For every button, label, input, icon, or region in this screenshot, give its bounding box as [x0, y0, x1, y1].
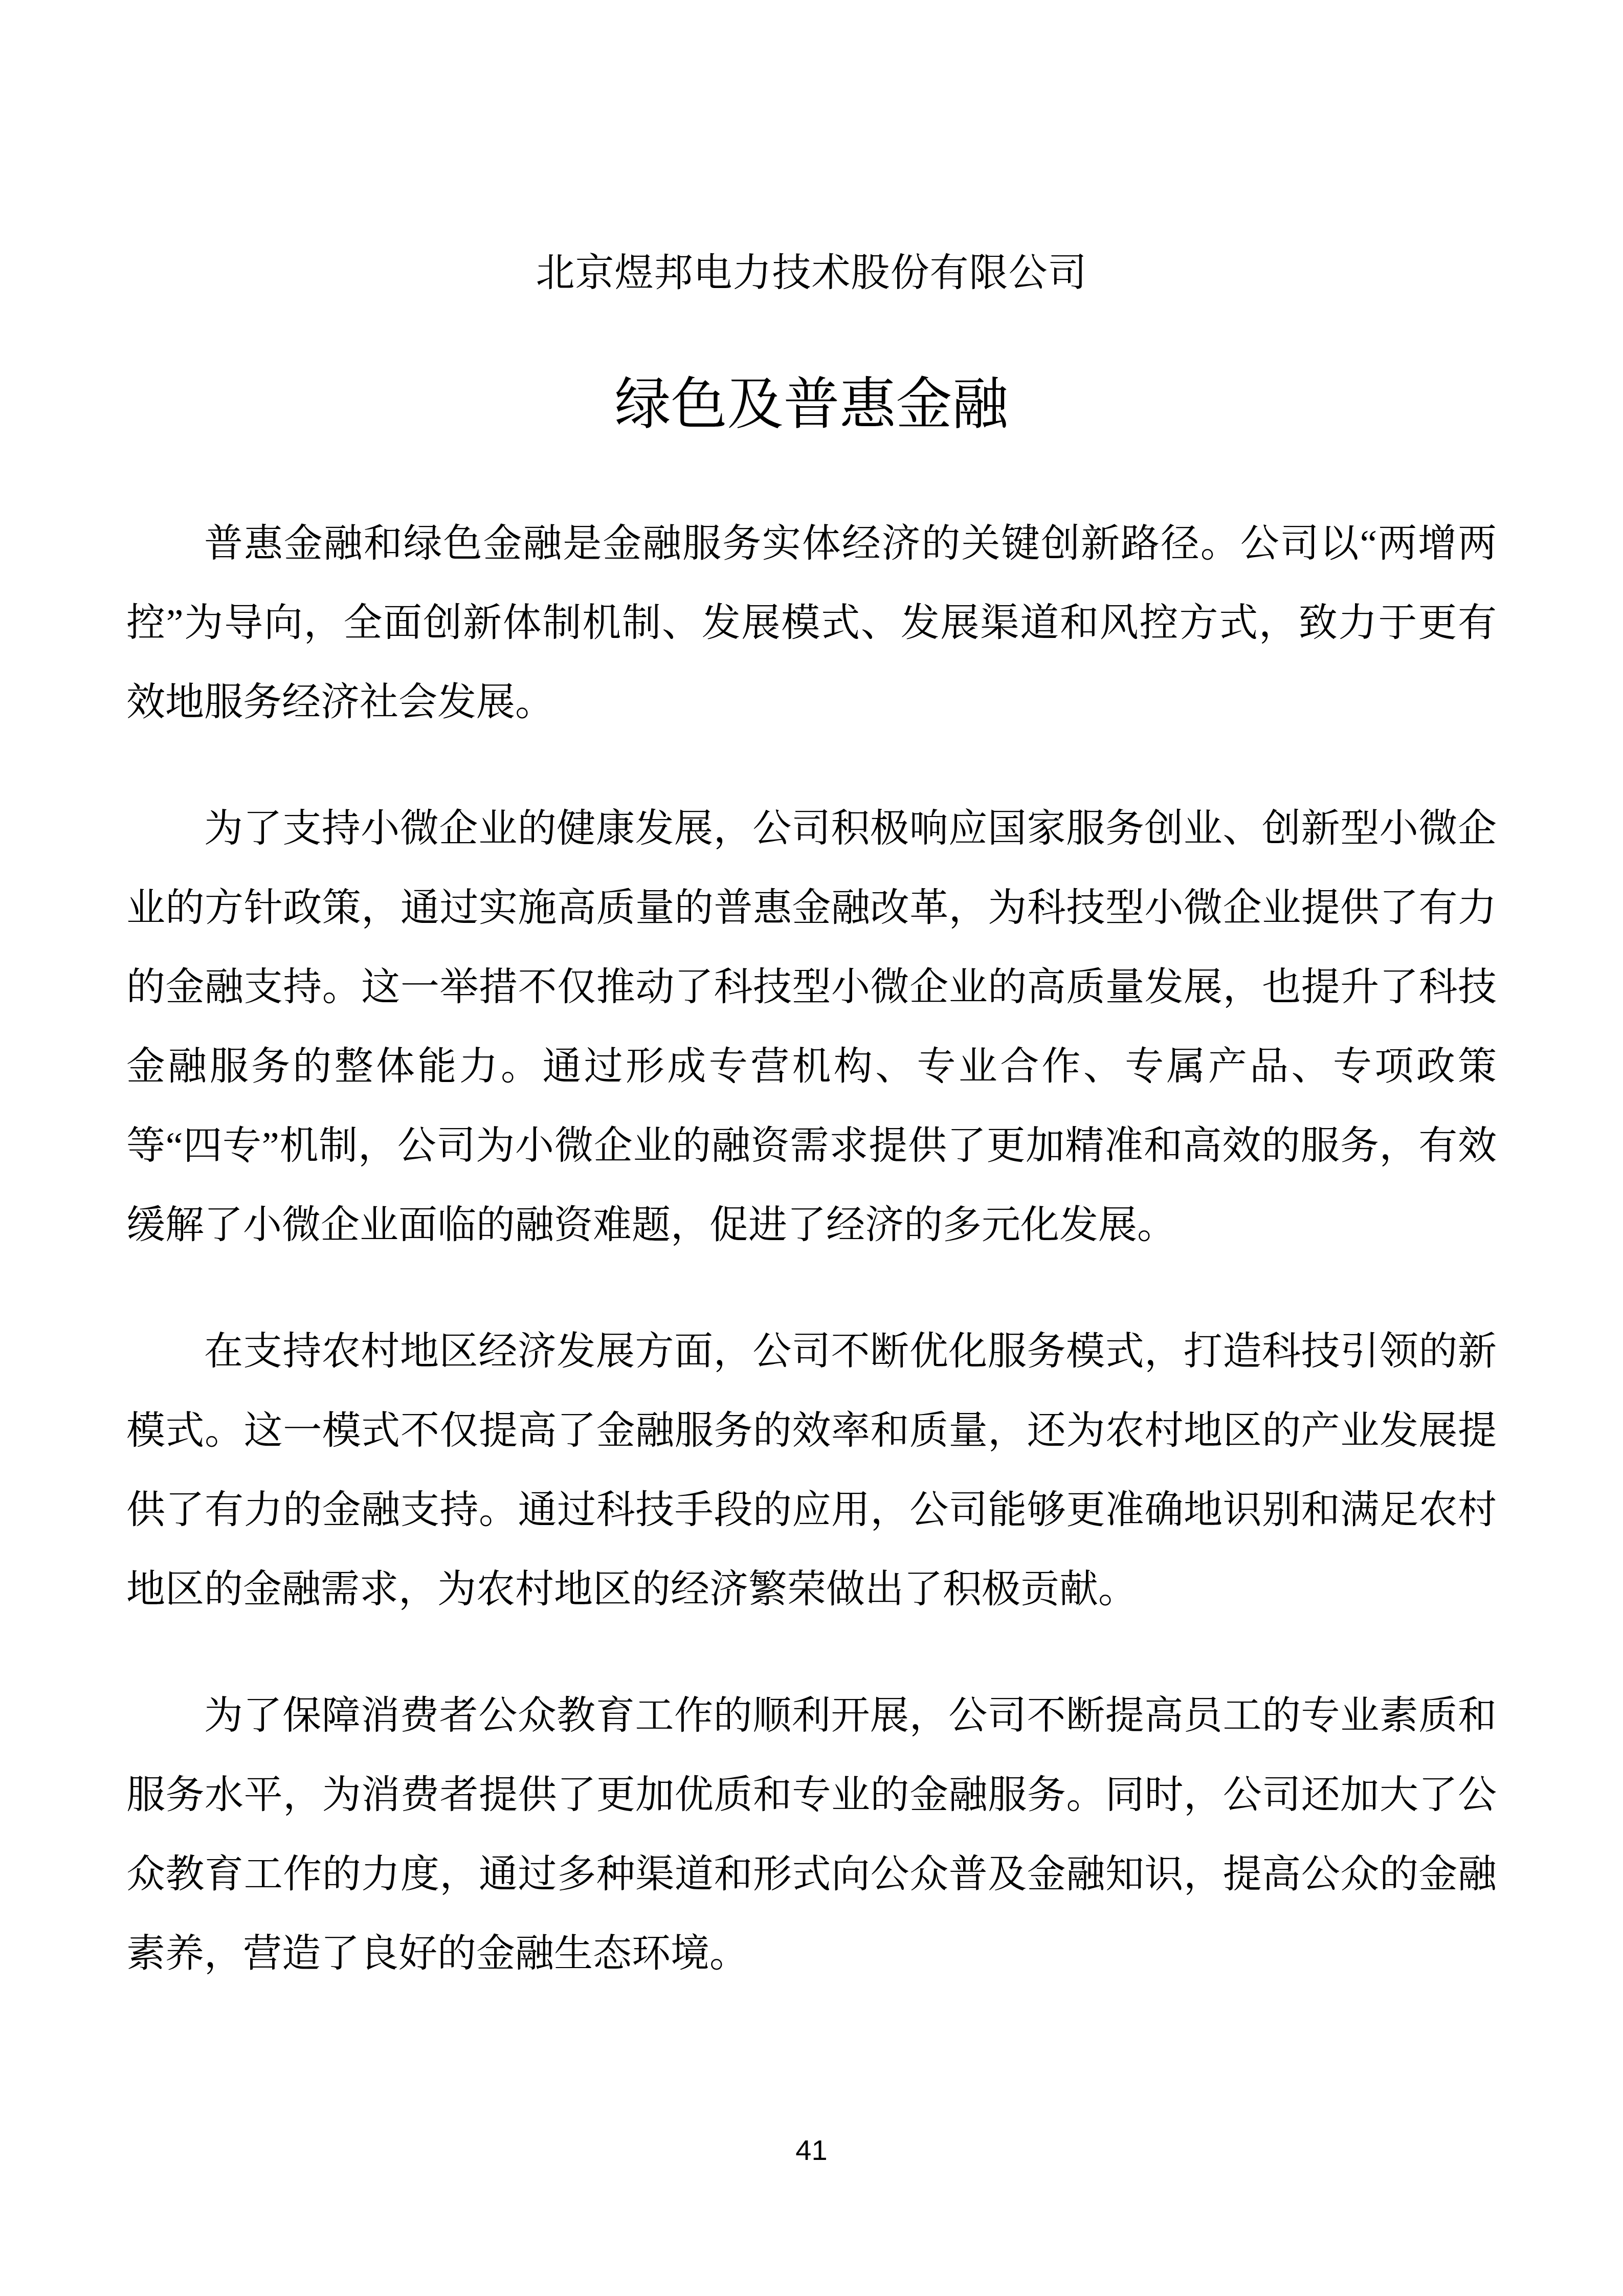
document-page: 北京煜邦电力技术股份有限公司 绿色及普惠金融 普惠金融和绿色金融是金融服务实体经… [0, 0, 1623, 2296]
paragraph-4: 为了保障消费者公众教育工作的顺利开展，公司不断提高员工的专业素质和服务水平，为消… [126, 1676, 1497, 1994]
paragraph-2: 为了支持小微企业的健康发展，公司积极响应国家服务创业、创新型小微企业的方针政策，… [126, 789, 1497, 1265]
company-name-header: 北京煜邦电力技术股份有限公司 [0, 0, 1623, 297]
paragraph-1: 普惠金融和绿色金融是金融服务实体经济的关键创新路径。公司以“两增两控”为导向，全… [126, 504, 1497, 742]
page-number: 41 [0, 2135, 1623, 2166]
paragraph-3: 在支持农村地区经济发展方面，公司不断优化服务模式，打造科技引领的新模式。这一模式… [126, 1312, 1497, 1629]
page-title: 绿色及普惠金融 [0, 370, 1623, 439]
document-body: 普惠金融和绿色金融是金融服务实体经济的关键创新路径。公司以“两增两控”为导向，全… [126, 504, 1497, 1994]
